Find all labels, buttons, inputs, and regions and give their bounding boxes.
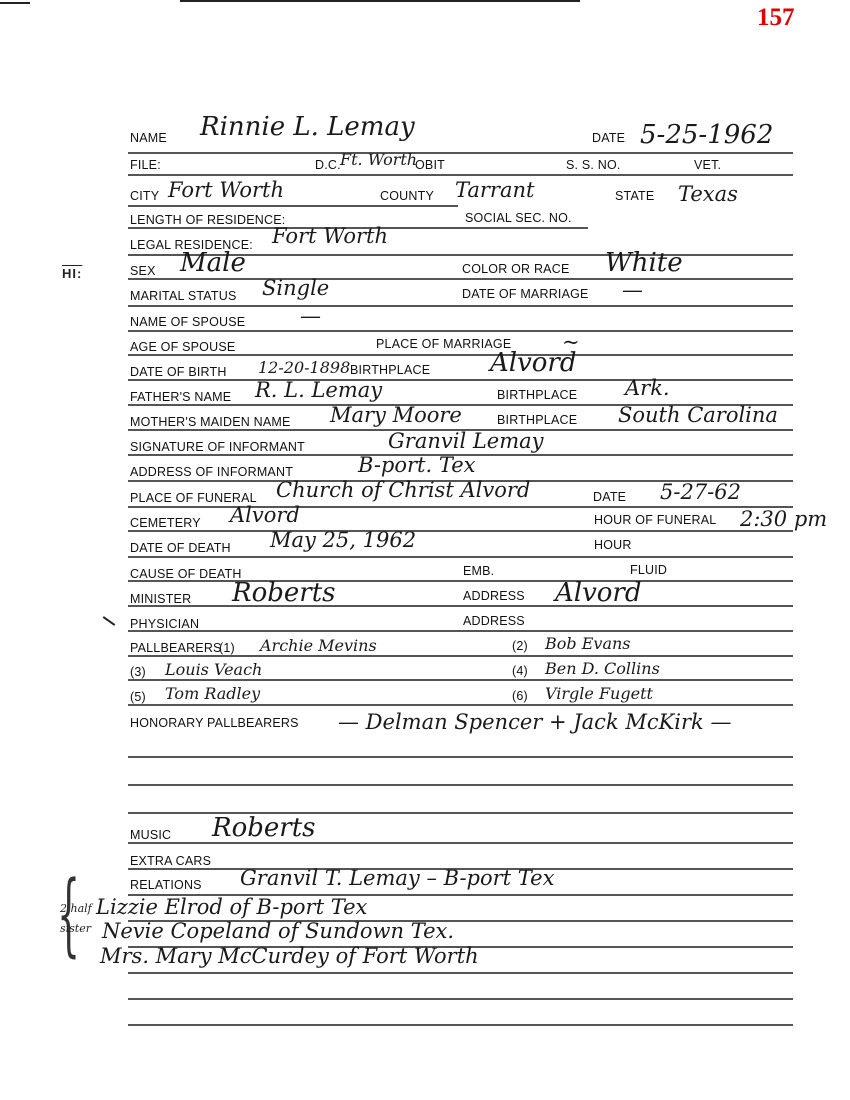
hour-of-funeral-value: 2:30 pm	[740, 509, 827, 530]
pallbearer-name: Bob Evans	[545, 636, 631, 652]
rule	[128, 972, 793, 974]
pallbearer-name: Tom Radley	[165, 686, 260, 702]
address-of-informant-value: B-port. Tex	[358, 455, 475, 476]
music-value: Roberts	[212, 815, 315, 841]
rule	[128, 556, 793, 558]
rule	[128, 330, 793, 332]
pallbearer-name: Ben D. Collins	[545, 661, 660, 677]
fathers-name-value: R. L. Lemay	[255, 380, 382, 401]
birthplace-label: BIRTHPLACE	[350, 363, 430, 377]
page-number: 157	[757, 4, 795, 32]
city-value: Fort Worth	[168, 180, 284, 201]
pallbearer-number: (4)	[512, 664, 528, 678]
rule	[128, 704, 793, 706]
name-label: NAME	[130, 131, 167, 145]
minister-address-value: Alvord	[555, 580, 642, 606]
marital-status-label: MARITAL STATUS	[130, 289, 237, 303]
mother-birthplace-value: South Carolina	[618, 405, 778, 426]
city-label: CITY	[130, 189, 159, 203]
mothers-maiden-name-label: MOTHER'S MAIDEN NAME	[130, 415, 291, 429]
honorary-pallbearers-label: HONORARY PALLBEARERS	[130, 716, 299, 730]
address-of-informant-label: ADDRESS OF INFORMANT	[130, 465, 293, 479]
rule	[128, 784, 793, 786]
state-value: Texas	[678, 184, 738, 205]
date-of-marriage-label: DATE OF MARRIAGE	[462, 287, 589, 301]
pallbearer-number: (2)	[512, 639, 528, 653]
pallbearer-name: Louis Veach	[165, 662, 262, 678]
place-of-funeral-value: Church of Christ Alvord	[276, 480, 530, 501]
pallbearer-number: (1)	[219, 641, 235, 655]
dc-value: Ft. Worth	[340, 152, 417, 168]
pallbearer-name: Virgle Fugett	[545, 686, 653, 702]
rule	[128, 605, 793, 607]
relations-label: RELATIONS	[130, 878, 202, 892]
signature-of-informant-label: SIGNATURE OF INFORMANT	[130, 440, 305, 454]
cemetery-value: Alvord	[230, 505, 300, 526]
obit-label: OBIT	[415, 158, 445, 172]
rule	[128, 842, 793, 844]
date-of-death-label: DATE OF DEATH	[130, 541, 231, 555]
emb-label: EMB.	[463, 564, 494, 578]
social-sec-label: SOCIAL SEC. NO.	[465, 211, 572, 225]
fathers-name-label: FATHER'S NAME	[130, 390, 231, 404]
rule	[128, 630, 793, 632]
rule	[128, 354, 793, 356]
margin-hi-mark: HI:	[62, 266, 82, 281]
name-of-spouse-label: NAME OF SPOUSE	[130, 315, 245, 329]
minister-address-label: ADDRESS	[463, 589, 525, 603]
ss-no-label: S. S. NO.	[566, 158, 621, 172]
rule	[128, 998, 793, 1000]
rule	[128, 530, 793, 532]
rule	[128, 580, 793, 582]
hour-label: HOUR	[594, 538, 632, 552]
county-label: COUNTY	[380, 189, 434, 203]
color-or-race-value: White	[605, 250, 683, 276]
sex-value: Male	[180, 250, 246, 276]
rule	[128, 305, 793, 307]
date-value: 5-25-1962	[640, 122, 773, 148]
scan-edge	[180, 0, 580, 2]
birthplace-value: Alvord	[490, 350, 577, 376]
date-label: DATE	[592, 131, 625, 145]
legal-residence-value: Fort Worth	[272, 226, 388, 247]
relations-line: Nevie Copeland of Sundown Tex.	[102, 921, 454, 942]
name-of-spouse-value: —	[300, 306, 321, 327]
rule	[128, 278, 793, 280]
pallbearers-label: PALLBEARERS	[130, 641, 222, 655]
rule	[128, 756, 793, 758]
father-birthplace-value: Ark.	[625, 378, 670, 399]
vet-label: VET.	[694, 158, 721, 172]
extra-cars-label: EXTRA CARS	[130, 854, 211, 868]
color-or-race-label: COLOR OR RACE	[462, 262, 569, 276]
cemetery-label: CEMETERY	[130, 516, 201, 530]
county-value: Tarrant	[455, 180, 534, 201]
age-of-spouse-label: AGE OF SPOUSE	[130, 340, 235, 354]
physician-label: PHYSICIAN	[130, 617, 199, 631]
scan-edge	[0, 2, 30, 4]
rule	[128, 506, 793, 508]
mother-birthplace-label: BIRTHPLACE	[497, 413, 577, 427]
date-of-birth-value: 12-20-1898	[258, 360, 350, 376]
minister-label: MINISTER	[130, 592, 191, 606]
father-birthplace-label: BIRTHPLACE	[497, 388, 577, 402]
relations-line: Lizzie Elrod of B-port Tex	[96, 897, 367, 918]
marital-status-value: Single	[262, 278, 329, 299]
minister-value: Roberts	[232, 580, 335, 606]
date-of-marriage-value: —	[622, 280, 643, 301]
date-of-birth-label: DATE OF BIRTH	[130, 365, 227, 379]
length-of-residence-label: LENGTH OF RESIDENCE:	[130, 213, 285, 227]
rule	[128, 655, 793, 657]
name-value: Rinnie L. Lemay	[200, 114, 415, 140]
funeral-date-value: 5-27-62	[660, 482, 741, 503]
rule	[128, 174, 793, 176]
hour-of-funeral-label: HOUR OF FUNERAL	[594, 513, 716, 527]
pallbearer-number: (6)	[512, 689, 528, 703]
fluid-label: FLUID	[630, 563, 667, 577]
rule	[128, 205, 458, 207]
check-mark-icon	[103, 616, 116, 626]
rule	[128, 152, 793, 154]
pallbearer-number: (5)	[130, 690, 146, 704]
margin-note: sister	[60, 922, 91, 935]
rule	[128, 379, 793, 381]
brace-mark-icon: {	[57, 870, 80, 960]
rule	[128, 1024, 793, 1026]
relations-line: Mrs. Mary McCurdey of Fort Worth	[100, 946, 479, 967]
margin-note: 2 half	[60, 902, 92, 915]
pallbearer-name: Archie Mevins	[260, 638, 377, 654]
file-label: FILE:	[130, 158, 161, 172]
pallbearer-number: (3)	[130, 665, 146, 679]
physician-address-label: ADDRESS	[463, 614, 525, 628]
honorary-pallbearers-value: — Delman Spencer + Jack McKirk —	[338, 712, 731, 733]
mothers-maiden-name-value: Mary Moore	[330, 405, 462, 426]
rule	[128, 679, 793, 681]
sex-label: SEX	[130, 264, 156, 278]
dc-label: D.C.	[315, 158, 341, 172]
signature-of-informant-value: Granvil Lemay	[388, 431, 544, 452]
date-of-death-value: May 25, 1962	[270, 530, 416, 551]
state-label: STATE	[615, 189, 654, 203]
relations-line: Granvil T. Lemay – B-port Tex	[240, 868, 554, 889]
funeral-date-label: DATE	[593, 490, 626, 504]
music-label: MUSIC	[130, 828, 171, 842]
cause-of-death-label: CAUSE OF DEATH	[130, 567, 242, 581]
